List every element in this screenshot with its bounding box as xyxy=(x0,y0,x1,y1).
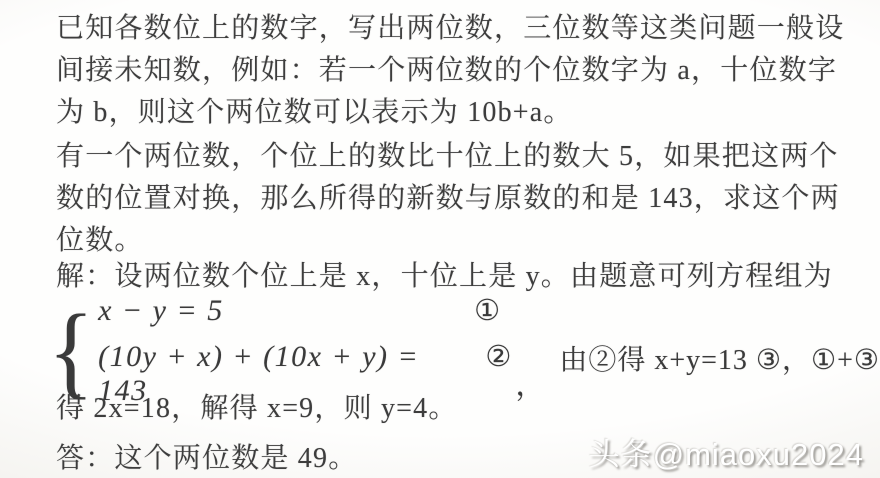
solution-setup-line: 解：设两位数个位上是 x，十位上是 y。由题意可列方程组为 xyxy=(56,256,846,298)
solution-result-line: 得 2x=18，解得 x=9，则 y=4。 xyxy=(56,388,846,430)
equation-2-label: ② xyxy=(485,340,511,374)
derivation-text: 由②得 x+y=13 ③，①+③ xyxy=(559,338,880,378)
scanned-worksheet-page: 已知各数位上的数字，写出两位数，三位数等这类问题一般设 间接未知数，例如：若一个… xyxy=(0,0,880,478)
equation-1-label: ① xyxy=(474,294,500,328)
intro-line-2: 间接未知数，例如：若一个两位数的个位数字为 a，十位数字 xyxy=(56,50,846,92)
intro-paragraph: 已知各数位上的数字，写出两位数，三位数等这类问题一般设 间接未知数，例如：若一个… xyxy=(56,8,846,134)
toutiao-watermark: 头条@miaoxu2024 xyxy=(589,429,864,474)
intro-line-1: 已知各数位上的数字，写出两位数，三位数等这类问题一般设 xyxy=(56,8,846,50)
problem-paragraph: 有一个两位数，个位上的数比十位上的数大 5，如果把这两个 数的位置对换，那么所得… xyxy=(56,136,846,262)
intro-line-3: 为 b，则这个两位数可以表示为 10b+a。 xyxy=(56,92,846,134)
equation-1: x − y = 5 xyxy=(98,294,224,328)
problem-line-1: 有一个两位数，个位上的数比十位上的数大 5，如果把这两个 xyxy=(56,136,846,178)
equation-1-row: x − y = 5 ① xyxy=(98,294,500,328)
problem-line-2: 数的位置对换，那么所得的新数与原数的和是 143，求这个两 xyxy=(56,178,846,220)
